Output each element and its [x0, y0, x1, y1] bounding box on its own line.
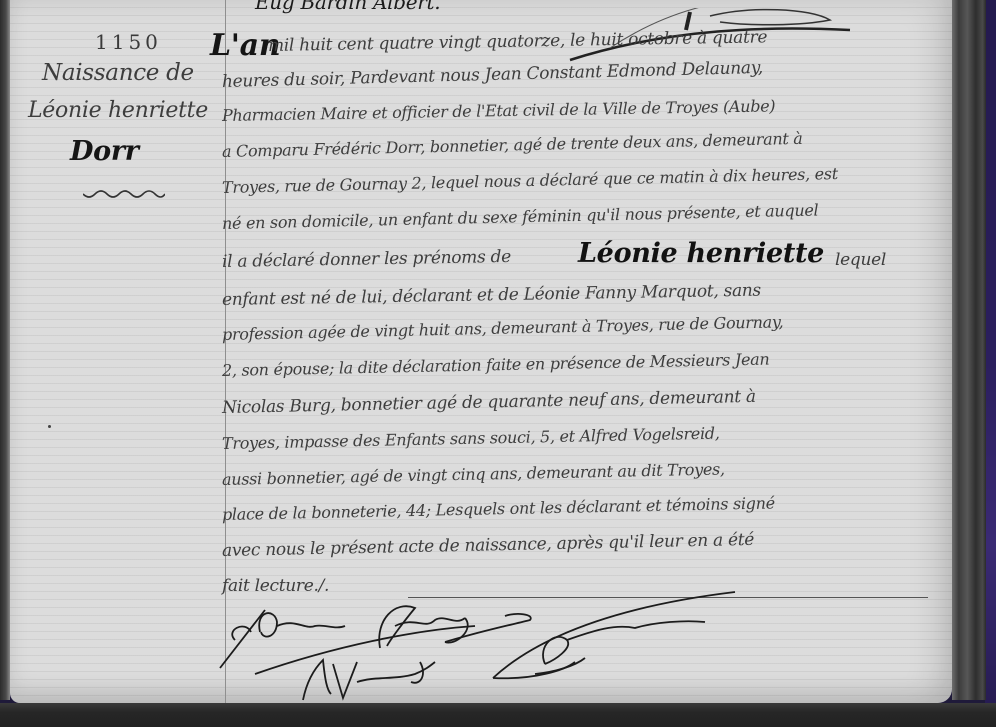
body-line-11: Nicolas Burg, bonnetier agé de quarante …	[222, 387, 756, 418]
background-right	[985, 0, 996, 727]
body-line-7: il a déclaré donner les prénoms de	[222, 247, 511, 272]
book-left-edge	[0, 0, 10, 700]
body-line-2: heures du soir, Pardevant nous Jean Cons…	[222, 58, 763, 92]
body-line-13: aussi bonnetier, agé de vingt cinq ans, …	[222, 459, 725, 489]
body-line-9: profession agée de vingt huit ans, demeu…	[222, 312, 784, 344]
body-line-3: Pharmacien Maire et officier de l'Etat c…	[222, 96, 776, 125]
body-line-4: a Comparu Frédéric Dorr, bonnetier, agé …	[222, 129, 803, 161]
body-line-14: place de la bonneterie, 44; Lesquels ont…	[222, 493, 775, 524]
body-line-5: Troyes, rue de Gournay 2, lequel nous a …	[222, 164, 838, 197]
body-line-7b: lequel	[835, 250, 886, 270]
margin-surname: Dorr	[70, 136, 139, 167]
ink-speck	[48, 425, 51, 428]
child-given-names: Léonie henriette	[578, 238, 824, 269]
body-line-12: Troyes, impasse des Enfants sans souci, …	[222, 424, 720, 453]
record-number: 1150	[95, 30, 162, 54]
body-line-6: né en son domicile, un enfant du sexe fé…	[222, 200, 819, 233]
margin-title-line1: Naissance de	[42, 60, 194, 86]
margin-squiggle-flourish	[83, 190, 165, 200]
margin-title-line2: Léonie henriette	[28, 98, 208, 123]
signatures-block	[215, 590, 955, 710]
book-binding-spine	[952, 0, 986, 700]
book-bottom-edge	[0, 703, 996, 727]
body-line-10: 2, son épouse; la dite déclaration faite…	[222, 350, 770, 380]
signature-delaunay	[493, 592, 735, 678]
signature-vogelsreid	[303, 660, 435, 700]
register-page: Eug Bardin Albert. 1150 Naissance de Léo…	[10, 0, 952, 703]
body-line-8: enfant est né de lui, déclarant et de Lé…	[222, 281, 761, 310]
body-line-15: avec nous le présent acte de naissance, …	[222, 530, 754, 561]
top-line-text: Eug Bardin Albert.	[255, 0, 440, 14]
